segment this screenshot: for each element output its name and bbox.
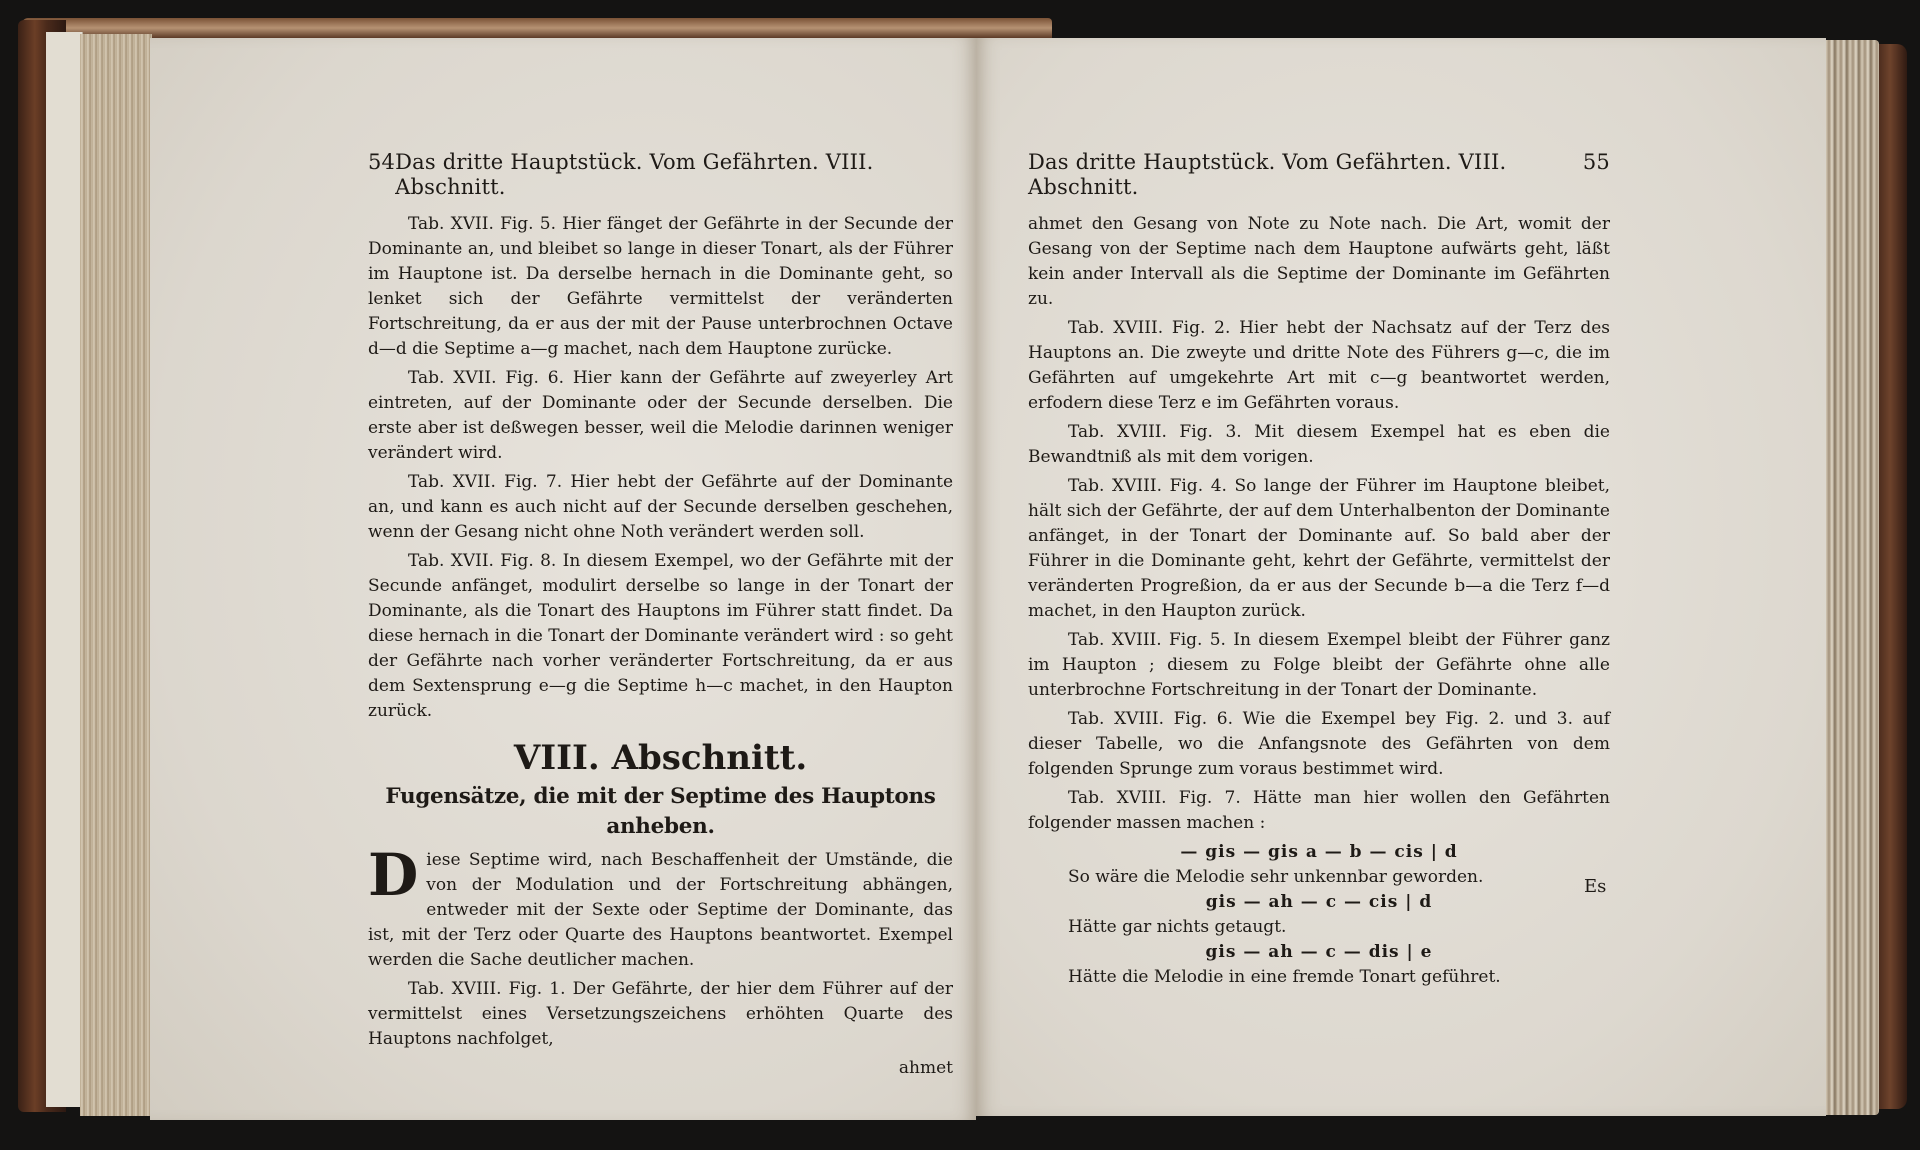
book-cover-top-edge <box>22 18 1052 38</box>
dropcap-initial: D <box>368 850 418 900</box>
running-head-title-left: Das dritte Hauptstück. Vom Gefährten. VI… <box>395 150 953 200</box>
intro-paragraph: Diese Septime wird, nach Beschaffenheit … <box>368 848 953 973</box>
catchword-right: Es <box>1584 876 1606 897</box>
paragraph: Tab. XVIII. Fig. 1. Der Gefährte, der hi… <box>368 977 953 1052</box>
endpaper-left <box>46 32 83 1107</box>
section-title: VIII. Abschnitt. <box>368 736 953 780</box>
paragraph: Tab. XVII. Fig. 8. In diesem Exempel, wo… <box>368 549 953 724</box>
paragraph: Tab. XVIII. Fig. 2. Hier hebt der Nachsa… <box>1028 316 1610 416</box>
catchword-left: ahmet <box>368 1056 953 1081</box>
paragraph: Tab. XVIII. Fig. 5. In diesem Exempel bl… <box>1028 628 1610 703</box>
paragraph: Tab. XVIII. Fig. 7. Hätte man hier wolle… <box>1028 786 1610 836</box>
note-example-2: gis — ah — c — cis | d <box>1028 890 1610 915</box>
paragraph: Tab. XVII. Fig. 5. Hier fänget der Gefäh… <box>368 212 953 362</box>
page-edges-left <box>80 34 152 1116</box>
example-caption-1: So wäre die Melodie sehr unkennbar gewor… <box>1028 865 1610 890</box>
paragraph: Tab. XVII. Fig. 7. Hier hebt der Gefährt… <box>368 470 953 545</box>
right-running-head: Das dritte Hauptstück. Vom Gefährten. VI… <box>1028 150 1610 200</box>
paragraph: Tab. XVIII. Fig. 6. Wie die Exempel bey … <box>1028 707 1610 782</box>
example-caption-3: Hätte die Melodie in eine fremde Tonart … <box>1028 965 1610 990</box>
note-example-3: gis — ah — c — dis | e <box>1028 940 1610 965</box>
left-running-head: 54 Das dritte Hauptstück. Vom Gefährten.… <box>368 150 953 200</box>
running-head-title-right: Das dritte Hauptstück. Vom Gefährten. VI… <box>1028 150 1583 200</box>
page-edges-right <box>1823 40 1879 1115</box>
left-page-text: 54 Das dritte Hauptstück. Vom Gefährten.… <box>368 150 953 1081</box>
paragraph: Tab. XVII. Fig. 6. Hier kann der Gefährt… <box>368 366 953 466</box>
note-example-1: — gis — gis a — b — cis | d <box>1028 840 1610 865</box>
right-page-text: Das dritte Hauptstück. Vom Gefährten. VI… <box>1028 150 1610 990</box>
example-caption-2: Hätte gar nichts getaugt. <box>1028 915 1610 940</box>
page-number-left: 54 <box>368 150 395 175</box>
page-number-right: 55 <box>1583 150 1610 175</box>
section-subtitle: Fugensätze, die mit der Septime des Haup… <box>368 782 953 842</box>
paragraph: Tab. XVIII. Fig. 4. So lange der Führer … <box>1028 474 1610 624</box>
continuation-paragraph: ahmet den Gesang von Note zu Note nach. … <box>1028 212 1610 312</box>
paragraph: Tab. XVIII. Fig. 3. Mit diesem Exempel h… <box>1028 420 1610 470</box>
